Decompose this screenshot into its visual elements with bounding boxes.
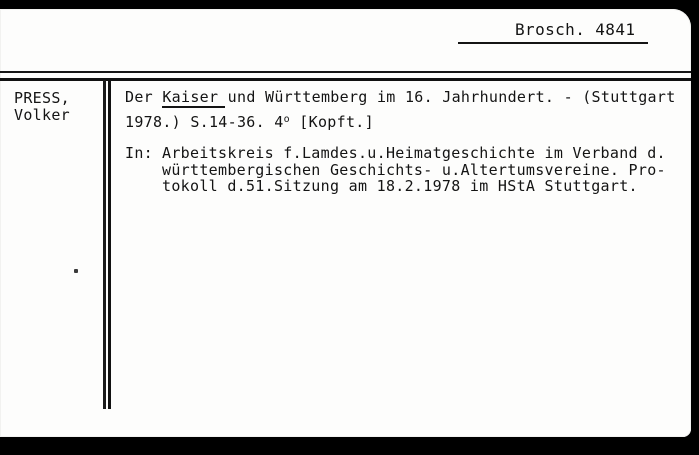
vertical-rule-right bbox=[108, 80, 111, 409]
title-seg1: Der bbox=[125, 88, 162, 106]
horizontal-rule-top bbox=[0, 71, 691, 73]
in-reference-line-3: tokoll d.51.Sitzung am 18.2.1978 im HStA… bbox=[162, 178, 685, 195]
scanned-catalog-card-page: { "card": { "header_ref": "Brosch. 4841"… bbox=[0, 0, 699, 455]
in-reference-lines: Arbeitskreis f.Lamdes.u.Heimatgeschichte… bbox=[162, 145, 685, 195]
shelfmark-reference: Brosch. 4841 bbox=[515, 20, 635, 39]
in-reference-block: In: Arbeitskreis f.Lamdes.u.Heimatgeschi… bbox=[125, 145, 685, 195]
author-name: PRESS, Volker bbox=[14, 90, 70, 124]
title-line-1: Der Kaiser und Württemberg im 16. Jahrhu… bbox=[125, 89, 685, 106]
catalog-card: Brosch. 4841 PRESS, Volker Der Kaiser un… bbox=[0, 9, 691, 437]
in-reference-line-2: württembergischen Geschichts- u.Altertum… bbox=[162, 162, 685, 179]
in-prefix-label: In: bbox=[125, 145, 153, 162]
title-line-2: 1978.) S.14-36. 4o [Kopft.] bbox=[125, 114, 685, 133]
author-surname: PRESS, bbox=[14, 90, 70, 107]
bibliographic-entry: Der Kaiser und Württemberg im 16. Jahrhu… bbox=[125, 89, 685, 195]
author-forename: Volker bbox=[14, 107, 70, 124]
imprint-text: 1978.) S.14-36. 4 bbox=[125, 113, 284, 131]
scan-noise-speck bbox=[74, 269, 78, 273]
imprint-note: [Kopft.] bbox=[290, 113, 374, 131]
title-underlined-keyword: Kaiser bbox=[162, 88, 225, 108]
shelfmark-underline bbox=[458, 42, 648, 44]
format-superscript: o bbox=[284, 114, 290, 125]
vertical-rule-left bbox=[103, 80, 106, 409]
title-seg2: und Württemberg im 16. Jahrhundert. - (S… bbox=[218, 88, 675, 106]
in-reference-line-1: Arbeitskreis f.Lamdes.u.Heimatgeschichte… bbox=[162, 145, 685, 162]
